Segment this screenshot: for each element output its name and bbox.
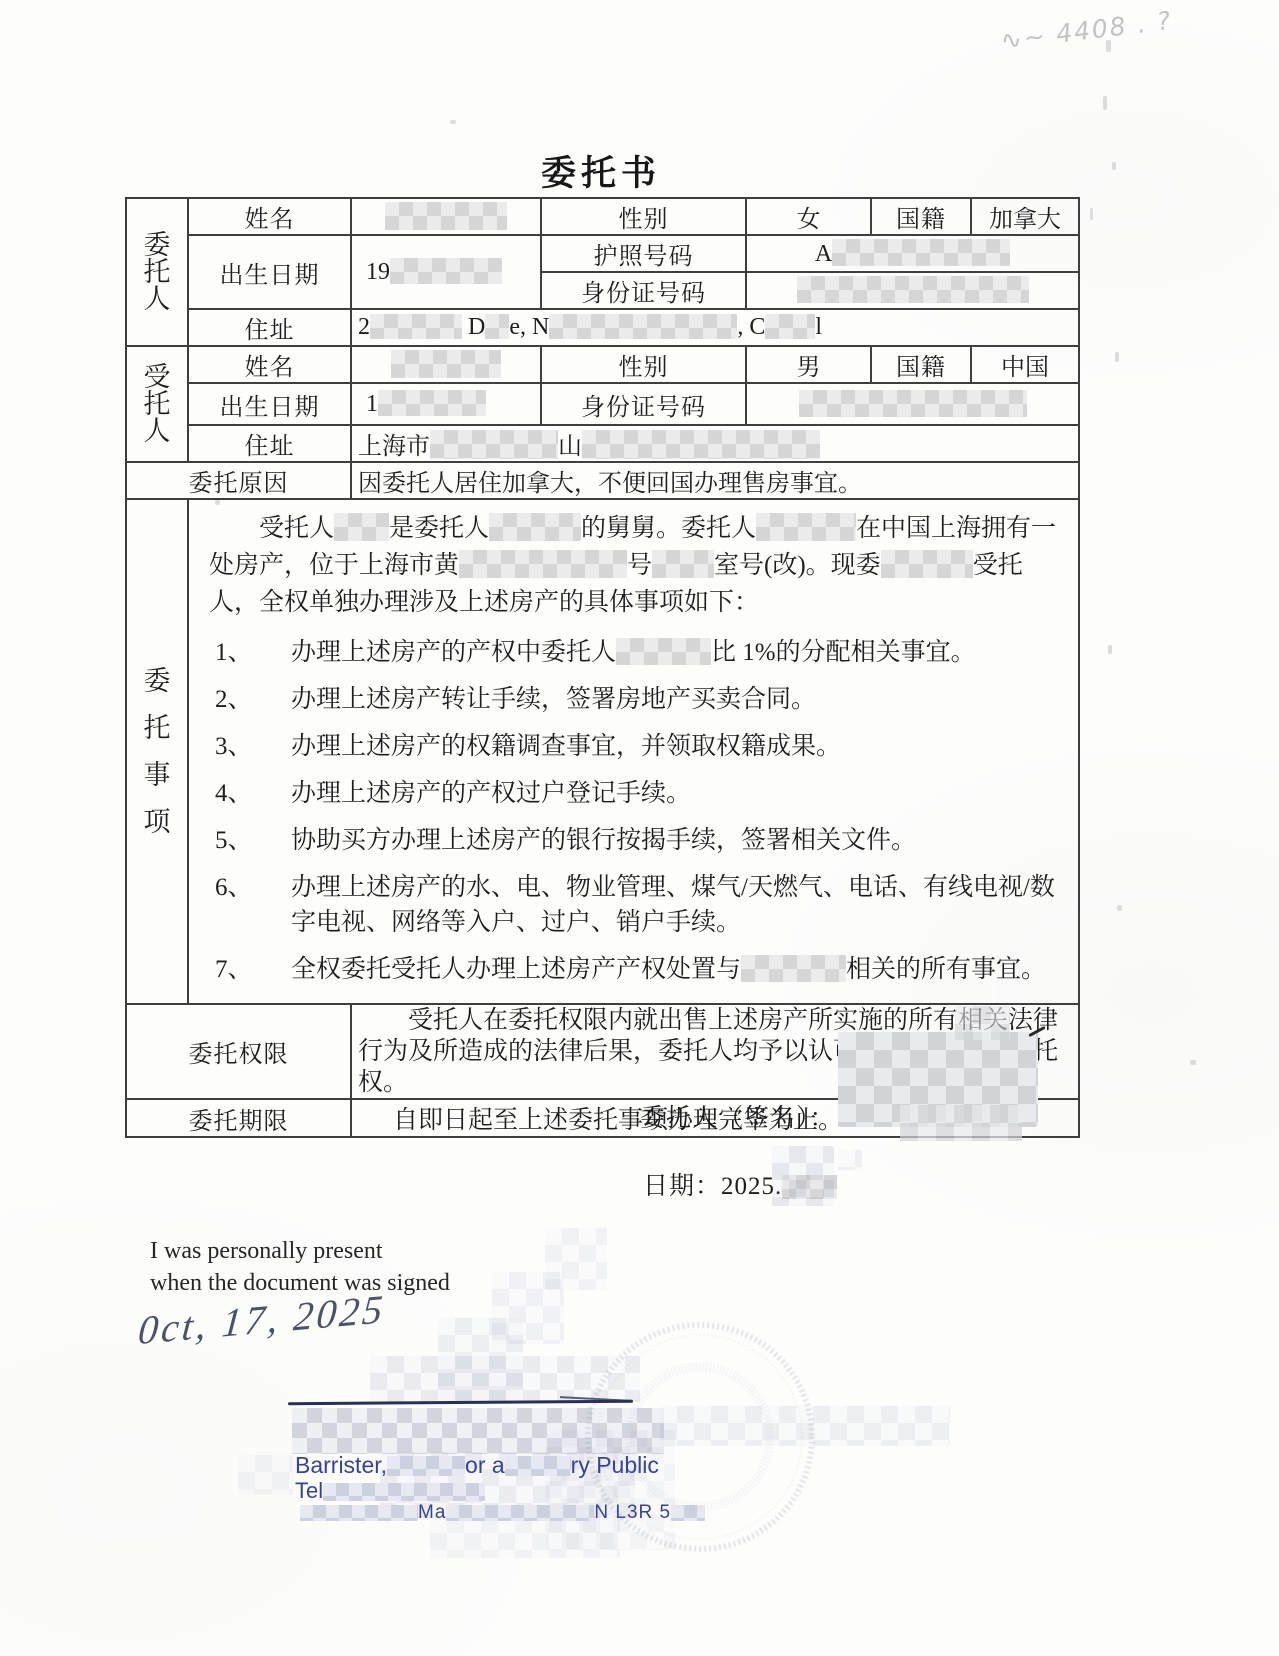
principal-name-value xyxy=(351,198,541,235)
scan-artifact xyxy=(1190,1060,1196,1065)
redaction-mosaic xyxy=(370,314,462,339)
redaction-mosaic xyxy=(765,314,815,339)
redaction-mosaic xyxy=(797,276,1029,303)
principal-nationality-value: 加拿大 xyxy=(971,198,1079,235)
redaction-mosaic xyxy=(881,550,973,578)
agent-address-label: 住址 xyxy=(188,425,351,462)
redaction-mosaic xyxy=(387,1456,465,1476)
text-fragment: Barrister, xyxy=(295,1452,387,1478)
scan-artifact xyxy=(1103,96,1107,110)
matters-item-number: 6、 xyxy=(215,870,253,905)
principal-dob-label: 出生日期 xyxy=(188,235,351,309)
matters-item-number: 5、 xyxy=(215,823,253,858)
matters-item-text: 全权委托受托人办理上述房产产权处置与相关的所有事宜。 xyxy=(291,956,1046,983)
scan-artifact xyxy=(1106,40,1111,52)
authority-label: 委托权限 xyxy=(126,1004,351,1099)
table-row: 出生日期 19 护照号码 A xyxy=(126,235,1079,272)
matters-item-text: 办理上述房产的权籍调查事宜，并领取权籍成果。 xyxy=(291,733,841,760)
agent-gender-label: 性别 xyxy=(541,346,746,383)
text-fragment: 协助买方办理上述房产的银行按揭手续，签署相关文件。 xyxy=(291,827,916,854)
agent-dob-value: 1 xyxy=(351,383,541,425)
agent-dob-label: 出生日期 xyxy=(188,383,351,425)
principal-gender-value: 女 xyxy=(746,198,871,235)
redaction-mosaic xyxy=(485,314,509,339)
contact-redaction-mosaic xyxy=(238,1455,293,1495)
matters-item-number: 7、 xyxy=(215,952,253,987)
text-fragment: 办理上述房产的权籍调查事宜，并领取权籍成果。 xyxy=(291,733,841,760)
agent-name-label: 姓名 xyxy=(188,346,351,383)
handwritten-pencil-note: ∿~ 4408 . ? xyxy=(999,0,1241,56)
redaction-mosaic xyxy=(459,550,627,578)
matters-item-number: 3、 xyxy=(215,729,253,764)
scan-artifact xyxy=(1112,162,1116,170)
matters-item: 7、全权委托受托人办理上述房产产权处置与相关的所有事宜。 xyxy=(195,952,1072,987)
date-redaction-mosaic xyxy=(772,1146,834,1206)
text-fragment: 上海市 xyxy=(358,434,430,460)
agent-gender-value: 男 xyxy=(746,346,871,383)
matters-item-list: 1、办理上述房产的产权中委托人比 1%的分配相关事宜。2、办理上述房产转让手续，… xyxy=(195,635,1072,987)
text-fragment: , C xyxy=(737,314,765,340)
matters-role-cell: 委托事项 xyxy=(126,499,188,1004)
principal-role-cell: 委托人 xyxy=(126,198,188,346)
duration-label: 委托期限 xyxy=(126,1099,351,1137)
text-fragment: 19 xyxy=(366,259,390,285)
text-fragment: 办理上述房产转让手续，签署房地产买卖合同。 xyxy=(291,686,816,713)
text-fragment: 受托人 xyxy=(259,515,334,542)
text-fragment: D xyxy=(462,314,485,340)
principal-role-label: 委托人 xyxy=(133,232,181,313)
scan-artifact xyxy=(1115,352,1119,362)
matters-item-text: 办理上述房产的产权中委托人比 1%的分配相关事宜。 xyxy=(291,639,976,666)
redaction-mosaic xyxy=(549,314,737,339)
principal-gender-label: 性别 xyxy=(541,198,746,235)
matters-item-text: 办理上述房产转让手续，签署房地产买卖合同。 xyxy=(291,686,816,713)
matters-item: 1、办理上述房产的产权中委托人比 1%的分配相关事宜。 xyxy=(195,635,1072,670)
redaction-mosaic xyxy=(391,350,501,378)
principal-passport-label: 护照号码 xyxy=(541,235,746,272)
redaction-mosaic xyxy=(378,390,486,416)
redaction-mosaic xyxy=(741,955,846,982)
principal-address-value: 2 De, N, Cl xyxy=(351,309,1079,346)
matters-item: 5、协助买方办理上述房产的银行按揭手续，签署相关文件。 xyxy=(195,823,1072,858)
agent-role-cell: 受托人 xyxy=(126,346,188,462)
matters-item: 3、办理上述房产的权籍调查事宜，并领取权籍成果。 xyxy=(195,729,1072,764)
principal-name-label: 姓名 xyxy=(188,198,351,235)
text-fragment: 1 xyxy=(366,391,378,417)
matters-item-number: 4、 xyxy=(215,776,253,811)
redaction-mosaic xyxy=(430,430,558,459)
text-fragment: 办理上述房产的产权过户登记手续。 xyxy=(291,780,691,807)
table-row: 委托原因 因委托人居住加拿大，不便回国办理售房事宜。 xyxy=(126,462,1079,499)
scan-artifact xyxy=(1117,905,1122,911)
text-fragment: Ma xyxy=(418,1502,446,1523)
text-fragment: 办理上述房产的产权中委托人 xyxy=(291,639,616,666)
redaction-mosaic xyxy=(616,638,711,665)
signature-redaction-mosaic xyxy=(900,1105,1022,1141)
redaction-mosaic xyxy=(652,550,714,578)
text-fragment: Tel xyxy=(295,1478,323,1503)
redaction-mosaic xyxy=(799,390,1027,417)
redaction-mosaic xyxy=(446,1505,594,1521)
scan-artifact xyxy=(450,120,456,124)
matters-item-text: 办理上述房产的产权过户登记手续。 xyxy=(291,780,691,807)
scan-artifact xyxy=(215,500,220,505)
matters-item: 6、办理上述房产的水、电、物业管理、煤气/天燃气、电话、有线电视/数字电视、网络… xyxy=(195,870,1072,940)
agent-role-label: 受托人 xyxy=(133,364,181,445)
table-row: 住址 上海市山 xyxy=(126,425,1079,462)
matters-item-text: 协助买方办理上述房产的银行按揭手续，签署相关文件。 xyxy=(291,827,916,854)
witness-statement-line1: I was personally present xyxy=(150,1238,383,1265)
matters-item-text: 办理上述房产的水、电、物业管理、煤气/天燃气、电话、有线电视/数字电视、网络等入… xyxy=(291,874,1055,936)
matters-item-number: 1、 xyxy=(215,635,253,670)
text-fragment: 全权委托受托人办理上述房产产权处置与 xyxy=(291,956,741,983)
matters-item-number: 2、 xyxy=(215,682,253,717)
agent-nationality-value: 中国 xyxy=(971,346,1079,383)
text-fragment: e, N xyxy=(509,314,549,340)
agent-name-value xyxy=(351,346,541,383)
matters-intro: 受托人是委托人的舅舅。委托人在中国上海拥有一处房产，位于上海市黄号室号(改)。现… xyxy=(209,510,1062,621)
document-title: 委托书 xyxy=(0,146,1202,196)
redaction-mosaic xyxy=(489,513,581,541)
date-redaction-mosaic xyxy=(838,1150,862,1170)
redaction-mosaic xyxy=(756,513,856,541)
principal-nationality-label: 国籍 xyxy=(871,198,971,235)
principal-dob-value: 19 xyxy=(351,235,541,309)
text-fragment: 室号(改)。现委 xyxy=(714,552,881,579)
principal-id-label: 身份证号码 xyxy=(541,272,746,309)
principal-signature-label: 委托人（签名）： xyxy=(640,1098,836,1134)
matters-label: 委托事项 xyxy=(133,500,181,1003)
poa-table: 委托人 姓名 性别 女 国籍 加拿大 出生日期 19 护照号码 A 身份证号码 … xyxy=(125,197,1080,1138)
redaction-mosaic xyxy=(505,1456,571,1476)
redaction-mosaic xyxy=(390,258,502,284)
text-fragment: 的舅舅。委托人 xyxy=(581,515,756,542)
text-fragment: 相关的所有事宜。 xyxy=(846,956,1046,983)
scan-artifact xyxy=(1108,645,1112,654)
redaction-mosaic xyxy=(385,202,507,230)
signature-redaction-mosaic xyxy=(955,1006,1010,1040)
scan-artifact xyxy=(1090,208,1093,220)
principal-id-value xyxy=(746,272,1079,309)
matters-item: 2、办理上述房产转让手续，签署房地产买卖合同。 xyxy=(195,682,1072,717)
text-fragment: 号 xyxy=(627,552,652,579)
text-fragment: 2 xyxy=(358,314,370,340)
table-row: 受托人 姓名 性别 男 国籍 中国 xyxy=(126,346,1079,383)
agent-id-value xyxy=(746,383,1079,425)
text-fragment: 日期：2025. xyxy=(643,1173,782,1200)
principal-passport-value: A xyxy=(746,235,1079,272)
agent-id-label: 身份证号码 xyxy=(541,383,746,425)
text-fragment: 比 1%的分配相关事宜。 xyxy=(711,639,976,666)
redaction-mosaic xyxy=(300,1505,418,1521)
agent-address-value: 上海市山 xyxy=(351,425,1079,462)
table-row: 住址 2 De, N, Cl xyxy=(126,309,1079,346)
text-fragment: or a xyxy=(465,1452,505,1478)
table-row: 委托人 姓名 性别 女 国籍 加拿大 xyxy=(126,198,1079,235)
principal-address-label: 住址 xyxy=(188,309,351,346)
scanned-power-of-attorney-document: ∿~ 4408 . ? 委托书 委托人 姓名 性别 女 国籍 加拿大 出生日期 … xyxy=(0,0,1279,1656)
redaction-mosaic xyxy=(323,1483,485,1501)
notary-embossed-seal xyxy=(575,1312,825,1562)
reason-label: 委托原因 xyxy=(126,462,351,499)
text-fragment: 山 xyxy=(558,434,582,460)
redaction-mosaic xyxy=(334,513,389,541)
notary-phone-line: Tel xyxy=(295,1478,485,1504)
table-row: 出生日期 1 身份证号码 xyxy=(126,383,1079,425)
text-fragment: A xyxy=(815,241,832,267)
table-row: 委托事项 受托人是委托人的舅舅。委托人在中国上海拥有一处房产，位于上海市黄号室号… xyxy=(126,499,1079,1004)
matters-content: 受托人是委托人的舅舅。委托人在中国上海拥有一处房产，位于上海市黄号室号(改)。现… xyxy=(188,499,1079,1004)
text-fragment: 是委托人 xyxy=(389,515,489,542)
text-fragment: l xyxy=(815,314,822,340)
redaction-mosaic xyxy=(582,430,820,459)
agent-nationality-label: 国籍 xyxy=(871,346,971,383)
text-fragment: 办理上述房产的水、电、物业管理、煤气/天燃气、电话、有线电视/数字电视、网络等入… xyxy=(291,874,1055,936)
redaction-mosaic xyxy=(832,239,1010,266)
matters-item: 4、办理上述房产的产权过户登记手续。 xyxy=(195,776,1072,811)
reason-value: 因委托人居住加拿大，不便回国办理售房事宜。 xyxy=(351,462,1079,499)
